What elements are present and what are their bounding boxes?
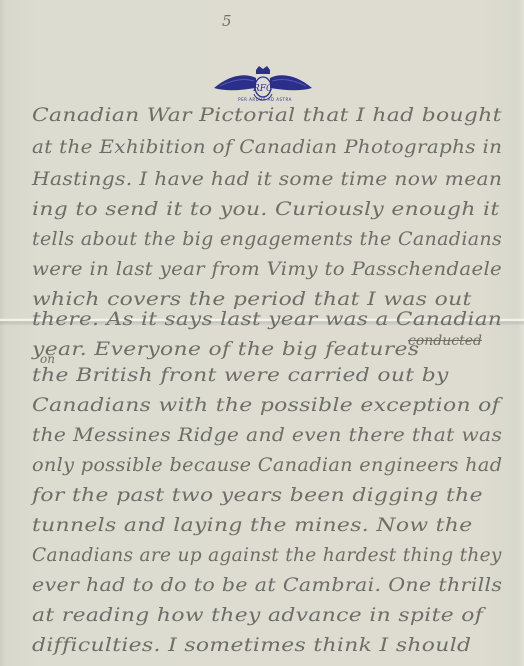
handwriting-line-4: ing to send it to you. Curiously enough … [32,198,500,220]
letter-page: 5 RFC PER ARDUA AD ASTRA Canadian War Pi… [0,0,524,666]
page-number: 5 [222,12,232,30]
handwriting-line-9: year. Everyone of the big features [32,338,419,360]
handwriting-line-18: at reading how they advance in spite of [32,604,483,626]
handwriting-line-16: Canadians are up against the hardest thi… [32,544,502,566]
handwriting-line-14: for the past two years been digging the [32,484,483,506]
struck-word: conducted [408,333,482,349]
handwriting-line-7: which covers the period that I was out [32,288,472,310]
handwriting-line-15: tunnels and laying the mines. Now the [32,514,472,536]
handwriting-line-6: were in last year from Vimy to Passchend… [32,258,502,280]
handwriting-line-11: Canadians with the possible exception of [32,394,500,416]
handwriting-line-2: at the Exhibition of Canadian Photograph… [32,136,502,158]
handwriting-line-10: the British front were carried out by [32,364,449,386]
handwriting-line-13: only possible because Canadian engineers… [32,454,502,476]
letterhead-motto: PER ARDUA AD ASTRA [232,97,298,102]
handwriting-line-19: difficulties. I sometimes think I should [32,634,471,656]
handwriting-line-3: Hastings. I have had it some time now me… [32,168,502,190]
handwriting-line-8: there. As it says last year was a Canadi… [32,308,502,330]
svg-text:RFC: RFC [252,84,273,94]
handwriting-line-1: Canadian War Pictorial that I had bought [32,104,502,126]
handwriting-line-17: ever had to do to be at Cambrai. One thr… [32,574,502,596]
handwriting-line-12: the Messines Ridge and even there that w… [32,424,502,446]
handwriting-line-5: tells about the big engagements the Cana… [32,228,502,250]
